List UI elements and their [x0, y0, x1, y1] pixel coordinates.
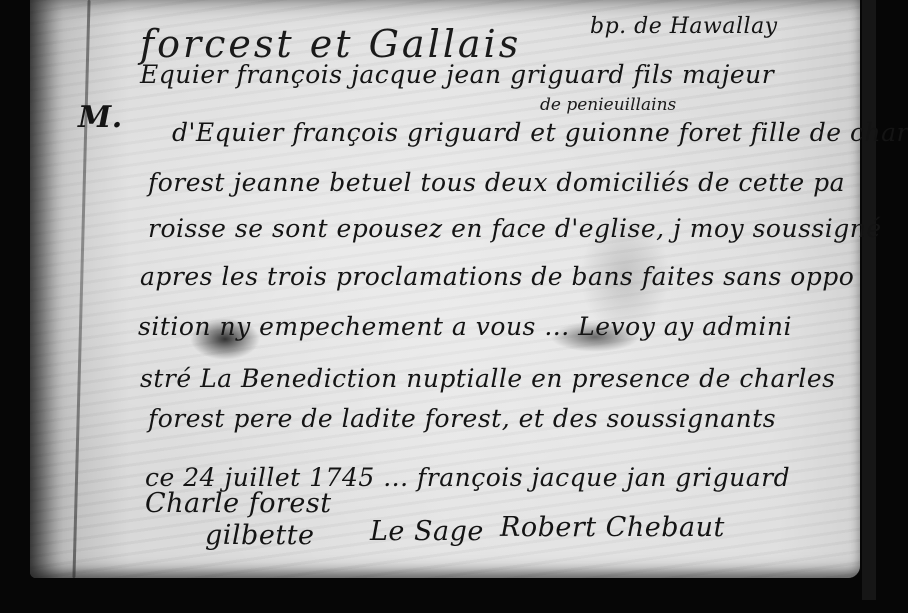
signature-le-sage: Le Sage — [370, 516, 484, 547]
interlinear-insertion: de penieuillains — [540, 95, 676, 115]
signature-robert-chebaut: Robert Chebaut — [500, 512, 725, 543]
record-line-7: stré La Benediction nuptialle en presenc… — [140, 364, 836, 393]
margin-mark: M. — [78, 100, 123, 135]
page-fold-crease — [72, 0, 90, 578]
signature-charle-forest: Charle forest — [145, 488, 332, 519]
record-line-2: d'Equier françois griguard et guionne fo… — [172, 118, 908, 147]
record-line-8: forest pere de ladite forest, et des sou… — [148, 404, 776, 433]
signature-gilbette: gilbette — [205, 520, 315, 551]
record-line-1: Equier françois jacque jean griguard fil… — [140, 60, 774, 89]
entry-title-annotation: bp. de Hawallay — [590, 14, 778, 39]
record-line-6: sition ny empechement a vous ... Levoy a… — [138, 312, 792, 341]
binding-shadow — [862, 0, 876, 600]
scanned-document: forcest et Gallais bp. de Hawallay M. de… — [0, 0, 908, 613]
record-line-5: apres les trois proclamations de bans fa… — [140, 262, 854, 291]
record-line-3: forest jeanne betuel tous deux domicilié… — [148, 168, 845, 197]
record-line-4: roisse se sont epousez en face d'eglise,… — [148, 214, 882, 243]
